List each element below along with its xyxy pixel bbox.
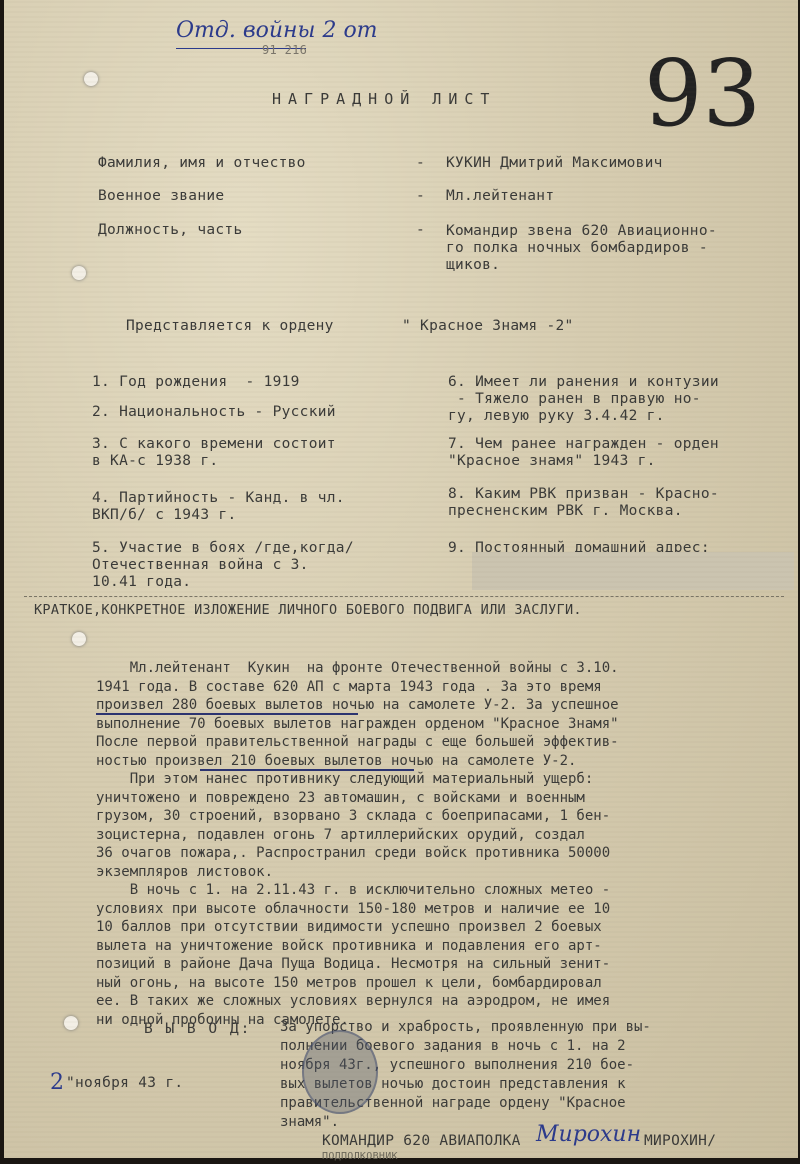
field-value-name: КУКИН Дмитрий Максимович	[446, 156, 663, 171]
signature-name: МИРОХИН/	[644, 1134, 716, 1149]
signature-footer: ПОДПОЛКОВНИК	[322, 1152, 398, 1162]
questionnaire-item: 3. С какого времени состоит в КА-с 1938 …	[92, 436, 336, 470]
signature-title: КОМАНДИР 620 АВИАПОЛКА	[322, 1134, 521, 1149]
questionnaire-item: 8. Каким РВК призван - Красно- пресненск…	[448, 486, 719, 520]
questionnaire-item: 5. Участие в боях /где,когда/ Отечествен…	[92, 540, 354, 591]
page-title: НАГРАДНОЙ ЛИСТ	[272, 92, 496, 107]
date-day: 2	[50, 1070, 64, 1095]
punch-hole	[64, 1016, 78, 1030]
questionnaire-item: 6. Имеет ли ранения и контузии - Тяжело …	[448, 374, 719, 425]
award-sheet: Отд. войны 2 от 91 216 93 НАГРАДНОЙ ЛИСТ…	[4, 0, 798, 1158]
punch-hole	[72, 632, 86, 646]
field-label-position: Должность, часть	[98, 223, 242, 238]
handwritten-note: Отд. войны 2 от	[176, 18, 378, 43]
questionnaire-item: 1. Год рождения - 1919	[92, 374, 300, 391]
punch-hole	[72, 266, 86, 280]
award-value: " Красное Знамя -2"	[402, 319, 574, 334]
field-label-name: Фамилия, имя и отчество	[98, 156, 306, 171]
redacted-address	[472, 552, 794, 590]
official-stamp	[302, 1030, 378, 1114]
section-heading: КРАТКОЕ,КОНКРЕТНОЕ ИЗЛОЖЕНИЕ ЛИЧНОГО БОЕ…	[34, 604, 582, 618]
conclusion-label: В Ы В О Д:	[144, 1022, 251, 1037]
archive-mark: 91 216	[262, 44, 307, 56]
field-value-rank: Мл.лейтенант	[446, 189, 554, 204]
punch-hole	[84, 72, 98, 86]
award-label: Представляется к ордену	[126, 319, 334, 334]
questionnaire-item: 4. Партийность - Канд. в чл. ВКП/б/ с 19…	[92, 490, 345, 524]
signature-handwritten: Мирохин	[536, 1122, 641, 1147]
questionnaire-item: 2. Национальность - Русский	[92, 404, 336, 421]
field-value-position: Командир звена 620 Авиационно- го полка …	[446, 223, 717, 274]
questionnaire-item: 7. Чем ранее награжден - орден "Красное …	[448, 436, 719, 470]
divider	[24, 596, 784, 598]
corner-number: 93	[644, 40, 761, 147]
date-rest: "ноября 43 г.	[66, 1076, 183, 1091]
field-label-rank: Военное звание	[98, 189, 224, 204]
